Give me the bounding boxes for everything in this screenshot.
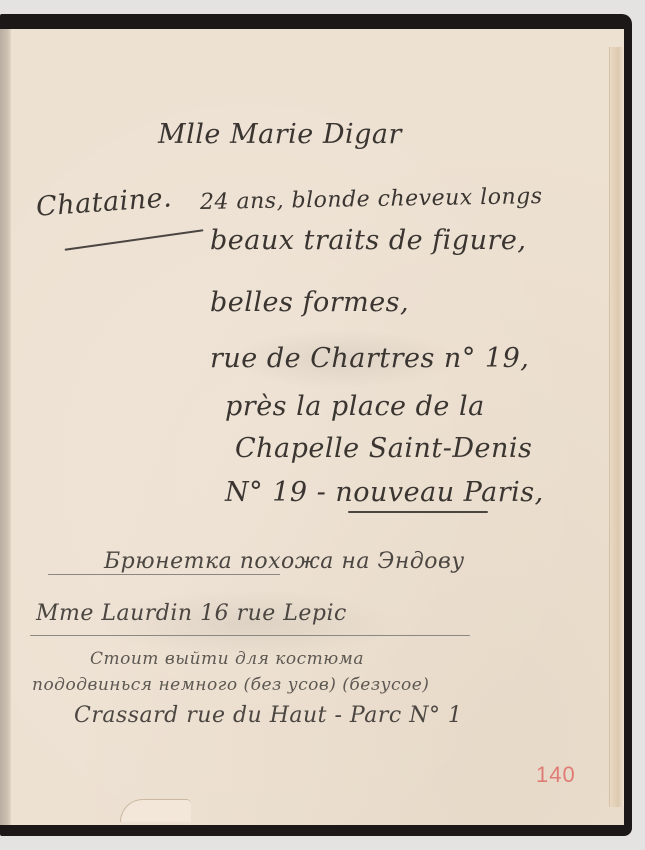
fore-edge bbox=[609, 47, 624, 807]
entry-name-heading: Mlle Marie Digar bbox=[158, 119, 402, 150]
address-line: N° 19 - nouveau Paris, bbox=[225, 477, 544, 508]
address-underline bbox=[348, 511, 488, 513]
margin-underline bbox=[65, 229, 204, 250]
paper-tear bbox=[120, 799, 191, 822]
page-number: 140 bbox=[536, 762, 576, 788]
address-line: près la place de la bbox=[225, 391, 485, 422]
binding-edge bbox=[0, 29, 11, 825]
description-line: beaux traits de figure, bbox=[210, 225, 526, 256]
russian-note-faint: пододвинься немного (без усов) (безусое) bbox=[32, 675, 429, 695]
description-line: 24 ans, blonde cheveux longs bbox=[200, 184, 543, 215]
notebook-page: Mlle Marie Digar Chataine. 24 ans, blond… bbox=[0, 29, 624, 825]
separator-line bbox=[30, 635, 470, 636]
address-line: Chapelle Saint-Denis bbox=[235, 433, 532, 464]
russian-note: Брюнетка похожа на Эндову bbox=[104, 549, 465, 574]
margin-label: Chataine. bbox=[35, 182, 173, 222]
address-line: rue de Chartres n° 19, bbox=[210, 343, 529, 374]
third-person-entry: Crassard rue du Haut - Parc N° 1 bbox=[74, 703, 462, 728]
description-line: belles formes, bbox=[210, 287, 409, 318]
russian-note-faint: Стоит выйти для костюма bbox=[90, 649, 364, 669]
russian-underline bbox=[48, 574, 280, 575]
second-person-entry: Mme Laurdin 16 rue Lepic bbox=[36, 601, 347, 626]
